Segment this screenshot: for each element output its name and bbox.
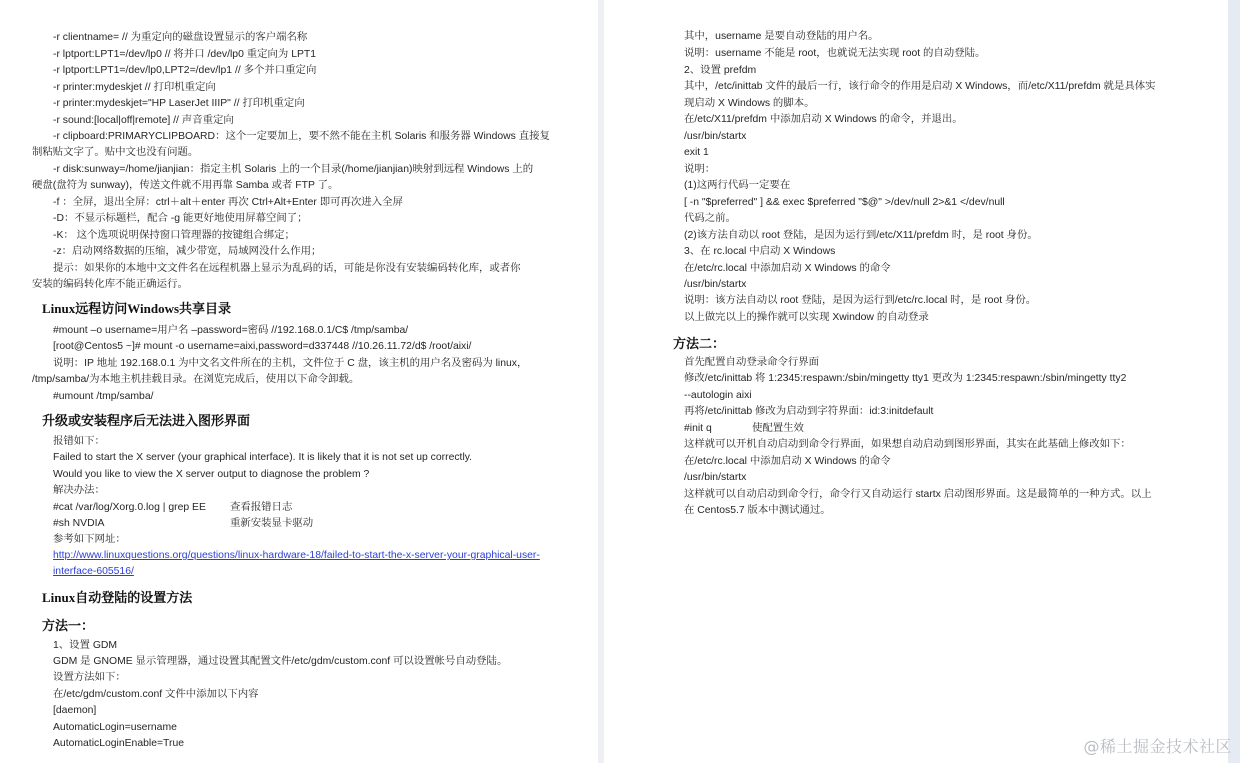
method-two-line: 这样就可以自动启动到命令行，命令行又自动运行 startx 启动图形界面。这是最… [684, 487, 1152, 503]
body-line: /usr/bin/startx [684, 129, 746, 145]
smb-line: 说明：IP 地址 192.168.0.1 为中文名文件所在的主机，文件位于 C … [53, 356, 527, 372]
body-line: 在/etc/X11/prefdm 中添加启动 X Windows 的命令，并退出… [684, 112, 963, 128]
smb-line: #mount –o username=用户名 –password=密码 //19… [53, 323, 408, 339]
reference-link[interactable]: interface-605516/ [53, 564, 134, 580]
method-two-line: 首先配置自动登录命令行界面 [684, 355, 819, 371]
reference-link[interactable]: http://www.linuxquestions.org/questions/… [53, 548, 540, 564]
option-line: -r clientname= // 为重定向的磁盘设置显示的客户端名称 [53, 30, 307, 46]
document-page-left: -r clientname= // 为重定向的磁盘设置显示的客户端名称 -r l… [0, 0, 598, 763]
autologin-line: 设置方法如下： [53, 670, 126, 686]
body-line: 其中，username 是要自动登陆的用户名。 [684, 29, 879, 45]
init-command: #init q [684, 421, 712, 437]
error-message: Would you like to view the X server outp… [53, 467, 369, 483]
section-heading-xserver: 升级或安装程序后无法进入图形界面 [42, 410, 250, 429]
autologin-line: 在/etc/gdm/custom.conf 文件中添加以下内容 [53, 687, 259, 703]
smb-line: [root@Centos5 ~]# mount -o username=aixi… [53, 339, 471, 355]
body-line: 说明：username 不能是 root，也就说无法实现 root 的自动登陆。 [684, 46, 985, 62]
method-two-heading: 方法二： [673, 333, 725, 352]
body-line: [ -n "$preferred" ] && exec $preferred "… [684, 195, 1005, 211]
solution-label: 解决办法： [53, 483, 105, 499]
section-heading-autologin: Linux自动登陆的设置方法 [42, 587, 192, 606]
method-two-line: 修改/etc/inittab 将 1:2345:respawn:/sbin/mi… [684, 371, 1126, 387]
document-page-right: 其中，username 是要自动登陆的用户名。 说明：username 不能是 … [604, 0, 1228, 763]
body-line: 2、设置 prefdm [684, 63, 756, 79]
smb-line: /tmp/samba/为本地主机挂载目录。在浏览完成后，使用以下命令卸载。 [32, 372, 359, 388]
command-line: #sh NVDIA [53, 516, 104, 532]
body-line: (1)这两行代码一定要在 [684, 178, 790, 194]
body-line: 说明： [684, 162, 715, 178]
option-line: 安装的编码转化库不能正确运行。 [32, 277, 188, 293]
method-two-line: 这样就可以开机自动启动到命令行界面，如果想自动启动到图形界面，其实在此基础上修改… [684, 437, 1131, 453]
body-line: 其中，/etc/inittab 文件的最后一行，该行命令的作用是启动 X Win… [684, 79, 1156, 95]
option-line: -r printer:mydeskjet="HP LaserJet IIIP" … [53, 96, 305, 112]
body-line: 在/etc/rc.local 中添加启动 X Windows 的命令 [684, 261, 891, 277]
option-line: -r clipboard:PRIMARYCLIPBOARD：这个一定要加上，要不… [53, 129, 550, 145]
option-line: -f ：全屏，退出全屏：ctrl＋alt＋enter 再次 Ctrl+Alt+E… [53, 195, 403, 211]
autologin-line: AutomaticLoginEnable=True [53, 736, 184, 752]
body-line: /usr/bin/startx [684, 277, 746, 293]
method-two-line: 在 Centos5.7 版本中测试通过。 [684, 503, 831, 519]
body-line: 以上做完以上的操作就可以实现 Xwindow 的自动登录 [684, 310, 929, 326]
command-description: 重新安装显卡驱动 [230, 516, 313, 532]
option-line: 提示：如果你的本地中文文件名在远程机器上显示为乱码的话，可能是你没有安装编码转化… [53, 261, 521, 277]
body-line: exit 1 [684, 145, 709, 161]
option-line: -r lptport:LPT1=/dev/lp0,LPT2=/dev/lp1 /… [53, 63, 316, 79]
option-line: -z：启动网络数据的压缩，减少带宽，局域网没什么作用； [53, 244, 321, 260]
error-label: 报错如下： [53, 434, 105, 450]
autologin-line: 1、设置 GDM [53, 638, 117, 654]
body-line: 说明：该方法自动以 root 登陆，是因为运行到/etc/rc.local 时，… [684, 293, 1036, 309]
error-message: Failed to start the X server (your graph… [53, 450, 472, 466]
option-line: -K： 这个选项说明保持窗口管理器的按键组合绑定； [53, 228, 295, 244]
autologin-line: GDM 是 GNOME 显示管理器，通过设置其配置文件/etc/gdm/cust… [53, 654, 507, 670]
method-two-line: /usr/bin/startx [684, 470, 746, 486]
init-command-description: 使配置生效 [752, 421, 804, 437]
command-description: 查看报错日志 [230, 500, 292, 516]
option-line: -D：不显示标题栏，配合 -g 能更好地使用屏幕空间了； [53, 211, 308, 227]
option-line: -r disk:sunway=/home/jianjian：指定主机 Solar… [53, 162, 533, 178]
option-line: 制粘贴文字了。贴中文也没有问题。 [32, 145, 198, 161]
option-line: -r printer:mydeskjet // 打印机重定向 [53, 80, 216, 96]
autologin-line: AutomaticLogin=username [53, 720, 177, 736]
body-line: (2)该方法自动以 root 登陆，是因为运行到/etc/X11/prefdm … [684, 228, 1038, 244]
method-one-heading: 方法一： [42, 615, 94, 634]
method-two-line: --autologin aixi [684, 388, 752, 404]
section-heading-smb: Linux远程访问Windows共享目录 [42, 298, 231, 317]
command-line: #cat /var/log/Xorg.0.log | grep EE [53, 500, 206, 516]
method-two-line: 在/etc/rc.local 中添加启动 X Windows 的命令 [684, 454, 891, 470]
autologin-line: [daemon] [53, 703, 96, 719]
body-line: 代码之前。 [684, 211, 736, 227]
method-two-line: 再将/etc/inittab 修改为启动到字符界面：id:3:initdefau… [684, 404, 933, 420]
option-line: -r sound:[local|off|remote] // 声音重定向 [53, 113, 234, 129]
viewer-edge [1228, 0, 1240, 763]
smb-line: #umount /tmp/samba/ [53, 389, 154, 405]
body-line: 现启动 X Windows 的脚本。 [684, 96, 814, 112]
option-line: -r lptport:LPT1=/dev/lp0 // 将并口 /dev/lp0… [53, 47, 316, 63]
reference-label: 参考如下网址： [53, 532, 126, 548]
body-line: 3、在 rc.local 中启动 X Windows [684, 244, 835, 260]
watermark: @稀土掘金技术社区 [1083, 734, 1232, 757]
option-line: 硬盘(盘符为 sunway)，传送文件就不用再靠 Samba 或者 FTP 了。 [32, 178, 338, 194]
